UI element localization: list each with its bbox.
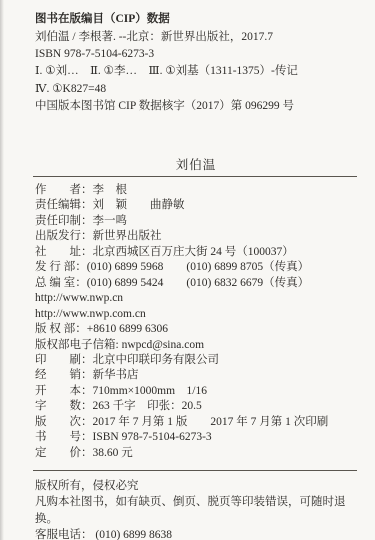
colophon-row-rights-dept: 版 权 部：+8610 6899 6306 [35, 322, 367, 337]
colophon-row-format: 开 本：710mm×1000mm 1/16 [35, 384, 367, 399]
colophon-row-editorial-office: 总 编 室：(010) 6899 5424 (010) 6832 6679（传真… [35, 276, 367, 291]
cip-line: Ⅰ. ①刘… Ⅱ. ①李… Ⅲ. ①刘基（1311-1375）-传记 [35, 63, 359, 80]
colophon-row-publisher: 出版发行：新世界出版社 [35, 229, 367, 244]
divider-line [33, 176, 357, 177]
copyright-notice-block: 版权所有，侵权必究 凡购本社图书，如有缺页、倒页、脱页等印装错误，可随时退换。 … [35, 478, 367, 540]
colophon-row-website: http://www.nwp.com.cn [35, 307, 367, 322]
colophon-row-print-supervisor: 责任印制：李一鸣 [35, 214, 367, 229]
colophon-row-address: 社 址：北京西城区百万庄大街 24 号（100037） [35, 245, 367, 260]
cip-block: 图书在版编目（CIP）数据 刘伯温 / 李根著. --北京：新世界出版社，201… [35, 10, 359, 115]
colophon-row-price: 定 价：38.60 元 [35, 446, 367, 461]
cip-line: 刘伯温 / 李根著. --北京：新世界出版社，2017.7 [35, 29, 359, 46]
colophon-row-distributor: 经 销：新华书店 [35, 368, 367, 383]
colophon-row-distribution-dept: 发 行 部：(010) 6899 5968 (010) 6899 8705（传真… [35, 260, 367, 275]
divider-line [33, 470, 357, 471]
cip-line: 中国版本图书馆 CIP 数据核字（2017）第 096299 号 [35, 98, 359, 115]
notice-line-service-phone: 客服电话： (010) 6899 8638 [35, 527, 367, 540]
colophon-row-author: 作 者：李 根 [35, 183, 367, 198]
cip-line: Ⅳ. ①K827=48 [35, 81, 359, 98]
notice-line-returns: 凡购本社图书，如有缺页、倒页、脱页等印装错误，可随时退换。 [35, 494, 367, 527]
colophon-row-rights-email: 版权部电子信箱: nwpcd@sina.com [35, 338, 367, 353]
cip-line: ISBN 978-7-5104-6273-3 [35, 46, 359, 63]
notice-line-rights: 版权所有，侵权必究 [35, 478, 367, 494]
scan-edge-shadow [0, 0, 4, 540]
colophon-row-printer: 印 刷：北京中印联印务有限公司 [35, 353, 367, 368]
colophon-row-word-count: 字 数：263 千字 印张：20.5 [35, 399, 367, 414]
colophon-row-website: http://www.nwp.cn [35, 291, 367, 306]
cip-heading: 图书在版编目（CIP）数据 [35, 10, 359, 29]
colophon-block: 作 者：李 根 责任编辑：刘 颖 曲静敏 责任印制：李一鸣 出版发行：新世界出版… [35, 183, 367, 461]
book-title: 刘伯温 [35, 157, 357, 173]
colophon-row-editor: 责任编辑：刘 颖 曲静敏 [35, 198, 367, 213]
colophon-row-edition: 版 次：2017 年 7 月第 1 版 2017 年 7 月第 1 次印刷 [35, 415, 367, 430]
colophon-row-isbn: 书 号：ISBN 978-7-5104-6273-3 [35, 430, 367, 445]
copyright-page: 图书在版编目（CIP）数据 刘伯温 / 李根著. --北京：新世界出版社，201… [0, 0, 375, 540]
